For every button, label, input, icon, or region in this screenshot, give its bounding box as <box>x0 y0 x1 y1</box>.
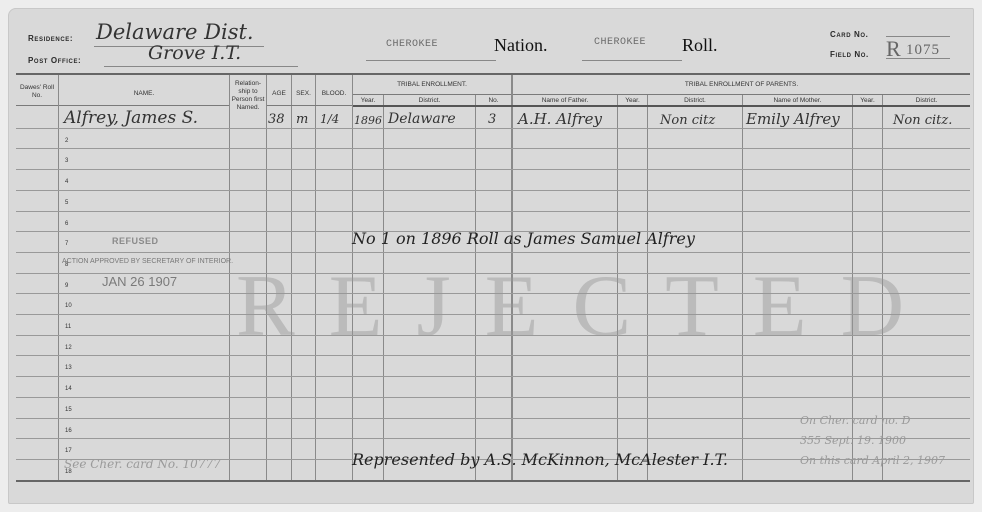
roll-typed: CHEROKEE <box>594 37 646 48</box>
col-mother-year: Year. <box>853 97 882 105</box>
field-no-label: Field No. <box>830 50 869 59</box>
col-father-year: Year. <box>618 97 647 105</box>
person-name: Alfrey, James S. <box>64 108 198 128</box>
row-number: 14 <box>65 386 72 392</box>
refused-stamp: REFUSED <box>112 236 159 246</box>
col-father-district: District. <box>648 97 742 105</box>
row-number: 9 <box>65 283 68 289</box>
roll-label: Roll. <box>682 35 718 56</box>
father-district: Non citz <box>660 113 715 128</box>
col-te-no: No. <box>476 97 511 105</box>
mother-district: Non citz. <box>893 113 952 128</box>
row-number: 4 <box>65 179 68 185</box>
table-top-rule <box>16 73 970 75</box>
row-divider <box>16 211 970 212</box>
residence-label: Residence: <box>28 34 73 43</box>
mother-name: Emily Alfrey <box>746 110 840 128</box>
col-dawes-roll: Dawes' Roll No. <box>16 84 58 100</box>
side-note-2: 355 Sept. 19. 1900 <box>800 434 906 447</box>
person-blood: 1/4 <box>320 112 339 126</box>
te-year: 1896 <box>354 114 382 127</box>
col-parents: TRIBAL ENROLLMENT OF PARENTS. <box>513 81 970 89</box>
col-te-district: District. <box>384 97 475 105</box>
col-tribal-enrollment: TRIBAL ENROLLMENT. <box>353 81 511 89</box>
row-number: 11 <box>65 324 71 330</box>
row-divider <box>16 397 970 398</box>
col-blood: BLOOD. <box>316 90 352 98</box>
col-sex: SEX. <box>292 90 315 98</box>
row-divider <box>16 169 970 170</box>
see-card-note: See Cher. card No. 10777 <box>64 457 221 471</box>
field-no-value: 1075 <box>906 42 940 59</box>
nation-label: Nation. <box>494 35 548 56</box>
col-father-name: Name of Father. <box>513 97 617 105</box>
table-bottom-rule <box>16 480 970 482</box>
rejected-watermark: REJECTED <box>236 256 938 357</box>
action-approved-stamp: ACTION APPROVED BY SECRETARY OF INTERIOR… <box>62 258 233 265</box>
father-name: A.H. Alfrey <box>518 110 602 128</box>
row-number: 5 <box>65 200 68 206</box>
post-office-label: Post Office: <box>28 56 81 65</box>
person-sex: m <box>296 112 308 127</box>
residence-value: Delaware Dist. <box>96 20 254 44</box>
row-divider <box>16 190 970 191</box>
row-number: 16 <box>65 428 72 434</box>
side-note-1: On Cher. card no. D <box>800 414 911 427</box>
te-district: Delaware <box>388 111 456 127</box>
row-divider <box>16 148 970 149</box>
col-te-year: Year. <box>353 97 383 105</box>
col-age: AGE <box>267 90 291 98</box>
enrollment-card: Residence: Delaware Dist. Post Office: G… <box>8 8 974 504</box>
post-office-value: Grove I.T. <box>148 42 241 64</box>
row-number: 12 <box>65 345 72 351</box>
side-note-3: On this card April 2, 1907 <box>800 454 945 467</box>
col-mother-name: Name of Mother. <box>743 97 852 105</box>
row-number: 13 <box>65 365 72 371</box>
approval-date-stamp: JAN 26 1907 <box>102 274 177 289</box>
row-number: 7 <box>65 241 68 247</box>
row-number: 6 <box>65 221 68 227</box>
row-number: 2 <box>65 138 68 144</box>
roll-note: No 1 on 1896 Roll as James Samuel Alfrey <box>352 229 695 248</box>
row-number: 10 <box>65 303 72 309</box>
te-number: 3 <box>488 112 496 127</box>
col-mother-district: District. <box>883 97 970 105</box>
card-no-label: Card No. <box>830 30 868 39</box>
card-no-value <box>886 22 946 34</box>
row-divider <box>16 128 970 129</box>
represented-by-note: Represented by A.S. McKinnon, McAlester … <box>352 450 728 469</box>
col-name: NAME. <box>59 90 229 98</box>
nation-typed: CHEROKEE <box>386 39 438 50</box>
row-number: 15 <box>65 407 72 413</box>
row-divider <box>16 252 970 253</box>
row-number: 17 <box>65 448 72 454</box>
person-age: 38 <box>268 112 285 127</box>
row-number: 3 <box>65 158 68 164</box>
col-relationship: Relation-ship to Person first Named. <box>230 80 266 112</box>
row-divider <box>16 376 970 377</box>
